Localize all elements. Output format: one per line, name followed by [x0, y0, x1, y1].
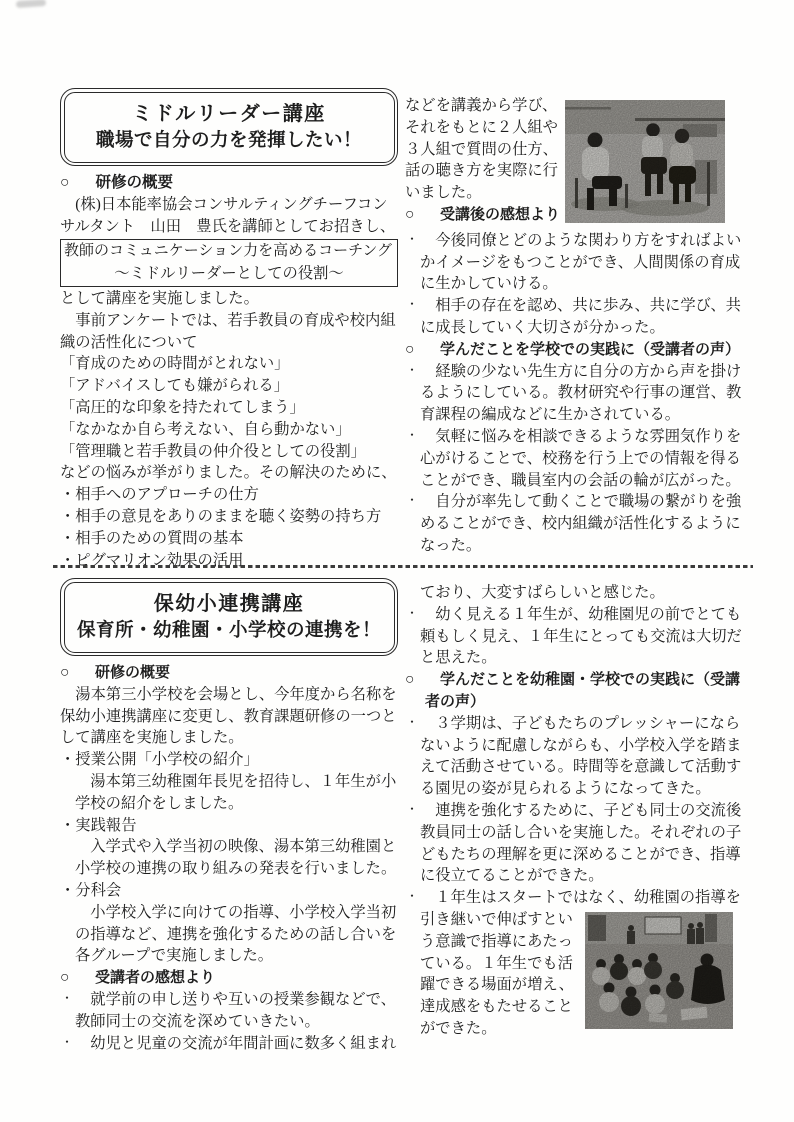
course-title-box-middle-leader: ミドルリーダー講座 職場で自分の力を発揮したい！: [60, 88, 398, 166]
program-item-body: 入学式や入学当初の映像、湯本第三幼稚園と小学校の連携の取り組みの発表を行いました…: [60, 836, 398, 880]
heading-overview-2: ○ 研修の概要: [60, 662, 398, 684]
dot-marker: ・: [406, 712, 418, 734]
lead-and-photo-row: などを講義から学び、それをもとに２人組や３人組で質問の仕方、話の聴き方を実際に行…: [405, 95, 745, 226]
program-item-label: ・授業公開「小学校の紹介」: [60, 749, 398, 771]
dot-marker: ・: [406, 360, 418, 382]
overview-paragraph: (株)日本能率協会コンサルティングチーフコンサルタント 山田 豊氏を講師としてお…: [60, 194, 398, 238]
solutions-intro: などの悩みが挙がりました。その解決のために、: [60, 462, 398, 484]
circle-marker: ○: [405, 669, 414, 691]
solution-item: ・相手のための質問の基本: [60, 528, 398, 550]
feedback-continuation: ており、大変すばらしいと感じた。: [405, 582, 745, 604]
coaching-theme-box: 教師のコミュニケーション力を高めるコーチング ～ミドルリーダーとしての役割～: [60, 239, 398, 287]
survey-quote: 「アドバイスしても嫌がられる」: [60, 375, 398, 397]
circle-marker: ○: [60, 967, 69, 989]
dot-marker: ・: [61, 1032, 73, 1054]
dot-marker: ・: [61, 988, 73, 1010]
practice-text-part1: １年生はスタートではなく、幼稚園の指導を: [420, 887, 745, 909]
heading-practice-2: ○ 学んだことを幼稚園・学校での実践に（受講者の声）: [405, 669, 745, 713]
practice-item-with-photo: ・ １年生はスタートではなく、幼稚園の指導を 引き継いで伸ばすという意識で指導に…: [405, 887, 745, 1040]
dot-marker: ・: [406, 603, 418, 625]
heading-text: 学んだことを学校での実践に（受講者の声）: [425, 341, 740, 358]
newsletter-page: ミドルリーダー講座 職場で自分の力を発揮したい！ ○ 研修の概要 (株)日本能率…: [0, 0, 794, 1122]
course-subtitle: 職場で自分の力を発揮したい！: [69, 127, 390, 153]
practice-item: ・ 自分が率先して動くことで職場の繋がりを強めることができ、校内組織が活性化する…: [405, 491, 745, 556]
survey-quote: 「高圧的な印象を持たれてしまう」: [60, 397, 398, 419]
coaching-theme-line1: 教師のコミュニケーション力を高めるコーチング: [64, 241, 394, 263]
heading-text: 研修の概要: [80, 664, 170, 681]
heading-text: 受講後の感想より: [425, 206, 560, 223]
practice-text-part2: 引き継いで伸ばすという意識で指導にあたっている。１年生でも活躍できる場面が増え、…: [420, 909, 578, 1040]
dot-marker: ・: [406, 490, 418, 512]
circle-marker: ○: [405, 339, 414, 361]
feedback-item: ・ 就学前の申し送りや互いの授業参観などで、教師同士の交流を深めていきたい。: [60, 989, 398, 1033]
section1-right-column: などを講義から学び、それをもとに２人組や３人組で質問の仕方、話の聴き方を実際に行…: [405, 95, 745, 557]
feedback-item: ・ 相手の存在を認め、共に歩み、共に学び、共に成長していく大切さが分かった。: [405, 295, 745, 339]
dot-marker: ・: [406, 294, 418, 316]
survey-quote: 「育成のための時間がとれない」: [60, 353, 398, 375]
section2-left-column: 保幼小連携講座 保育所・幼稚園・小学校の連携を！ ○ 研修の概要 湯本第三小学校…: [60, 578, 398, 1054]
survey-quote: 「管理職と若手教員の仲介役としての役割」: [60, 441, 398, 463]
circle-marker: ○: [60, 172, 69, 194]
scan-artifact: [16, 0, 46, 8]
feedback-item: ・ 今後同僚とどのような関わり方をすればよいかイメージをもつことができ、人間関係…: [405, 230, 745, 295]
photo-group-discussion: [565, 100, 725, 223]
section1-left-column: ミドルリーダー講座 職場で自分の力を発揮したい！ ○ 研修の概要 (株)日本能率…: [60, 88, 398, 571]
dot-marker: ・: [406, 886, 418, 908]
photo-children-gym: [585, 912, 733, 1029]
program-item-body: 湯本第三幼稚園年長児を招待し、１年生が小学校の紹介をしました。: [60, 771, 398, 815]
solution-item: ・相手へのアプローチの仕方: [60, 484, 398, 506]
heading-overview-1: ○ 研修の概要: [60, 172, 398, 194]
circle-marker: ○: [405, 204, 414, 226]
practice-item: ・ 気軽に悩みを相談できるような雰囲気作りを心がけることで、校務を行う上での情報…: [405, 426, 745, 491]
course-subtitle: 保育所・幼稚園・小学校の連携を！: [69, 617, 390, 643]
section2-right-column: ており、大変すばらしいと感じた。 ・ 幼く見える１年生が、幼稚園児の前でとても頼…: [405, 582, 745, 1040]
feedback-item: ・ 幼児と児童の交流が年間計画に数多く組まれ: [60, 1033, 398, 1055]
after-box-text: として講座を実施しました。: [60, 288, 398, 310]
course-title-box-cooperation: 保幼小連携講座 保育所・幼稚園・小学校の連携を！: [60, 578, 398, 656]
overview-paragraph: 湯本第三小学校を会場とし、今年度から名称を保幼小連携講座に変更し、教育課題研修の…: [60, 684, 398, 749]
solution-item: ・ピグマリオン効果の活用: [60, 550, 398, 572]
circle-marker: ○: [60, 662, 69, 684]
practice-item: ・ ３学期は、子どもたちのプレッシャーにならないように配慮しながらも、小学校入学…: [405, 713, 745, 800]
dot-marker: ・: [406, 229, 418, 251]
heading-feedback-1: ○ 受講後の感想より: [405, 204, 565, 226]
program-item-body: 小学校入学に向けての指導、小学校入学当初の指導など、連携を強化するための話し合い…: [60, 902, 398, 967]
survey-intro: 事前アンケートでは、若手教員の育成や校内組織の活性化について: [60, 310, 398, 354]
heading-text: 学んだことを幼稚園・学校での実践に（受講者の声）: [425, 671, 740, 710]
lead-paragraph: などを講義から学び、それをもとに２人組や３人組で質問の仕方、話の聴き方を実際に行…: [405, 95, 565, 204]
practice-item: ・ 経験の少ない先生方に自分の方から声を掛けるようにしている。教材研究や行事の運…: [405, 361, 745, 426]
heading-feedback-2: ○ 受講者の感想より: [60, 967, 398, 989]
dot-marker: ・: [406, 425, 418, 447]
survey-quote: 「なかなか自ら考えない、自ら動かない」: [60, 419, 398, 441]
dashed-section-divider: [53, 565, 753, 568]
heading-text: 研修の概要: [80, 174, 173, 191]
practice-item: ・ 連携を強化するために、子ども同士の交流後教員同士の話し合いを実施した。それぞ…: [405, 800, 745, 887]
heading-practice-1: ○ 学んだことを学校での実践に（受講者の声）: [405, 339, 745, 361]
course-title: ミドルリーダー講座: [69, 101, 390, 127]
solution-item: ・相手の意見をありのままを聴く姿勢の持ち方: [60, 506, 398, 528]
text-and-photo-row: 引き継いで伸ばすという意識で指導にあたっている。１年生でも活躍できる場面が増え、…: [420, 909, 745, 1040]
program-item-label: ・分科会: [60, 880, 398, 902]
program-item-label: ・実践報告: [60, 815, 398, 837]
feedback-item: ・ 幼く見える１年生が、幼稚園児の前でとても頼もしく見え、１年生にとっても交流は…: [405, 604, 745, 669]
course-title: 保幼小連携講座: [69, 591, 390, 617]
heading-text: 受講者の感想より: [80, 969, 215, 986]
dot-marker: ・: [406, 799, 418, 821]
coaching-theme-line2: ～ミドルリーダーとしての役割～: [64, 263, 394, 285]
